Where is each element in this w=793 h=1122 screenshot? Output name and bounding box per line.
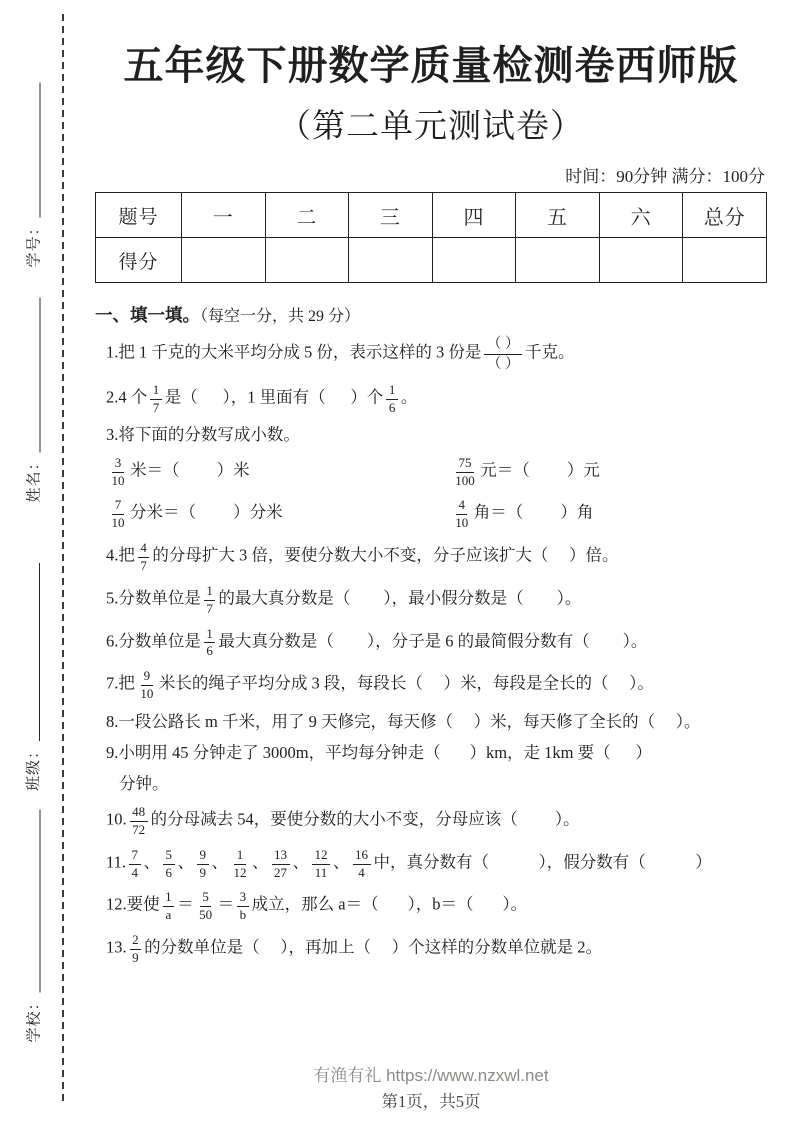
question-line: 4.把47的分母扩大 3 倍，要使分数大小不变，分子应该扩大（ ）倍。 (106, 539, 767, 575)
fraction-denominator: 100 (453, 473, 478, 490)
question-text: 米长的绳子平均分成 3 段，每段长（ ）米，每段是全长的（ ）。 (159, 674, 654, 693)
question-text: 8.一段公路长 m 千米，用了 9 天修完，每天修（ ）米，每天修了全长的（ ）… (106, 712, 700, 731)
fraction-numerator: 9 (141, 668, 153, 686)
sidebar-field-student-id: 学号： (21, 83, 43, 268)
question-grid-cell: 310米＝（ ）米 (106, 454, 450, 490)
question-grid: 310米＝（ ）米75100元＝（ ）元710分米＝（ ）分米410角＝（ ）角 (106, 454, 767, 532)
score-table-column: 五 (516, 193, 600, 238)
fraction-numerator: 75 (456, 455, 474, 473)
section-one-title: 一、填一填。 (95, 305, 200, 325)
fraction-denominator: 7 (204, 601, 216, 618)
question-line: 11.74、56、99、112、1327、1211、164中，真分数有（ ），假… (106, 846, 767, 882)
fraction-numerator: 48 (130, 804, 148, 822)
fraction-numerator: 5 (163, 847, 175, 865)
fraction-numerator: 1 (150, 382, 162, 400)
exam-content: 五年级下册数学质量检测卷西师版 （第二单元测试卷） 时间：90分钟 满分：100… (95, 30, 767, 974)
question-text: 中，真分数有（ ），假分数有（ ） (374, 852, 712, 871)
exam-info-time-score: 时间：90分钟 满分：100分 (95, 162, 767, 187)
score-table-column: 总分 (683, 193, 767, 238)
fraction: 910 (138, 668, 156, 703)
score-cell (182, 238, 266, 283)
question-text: 米＝（ ）米 (130, 461, 250, 480)
fraction: 1327 (272, 847, 290, 882)
fraction-numerator: 9 (197, 847, 209, 865)
question-grid-cell: 710分米＝（ ）分米 (106, 496, 450, 532)
score-table-column: 二 (265, 193, 349, 238)
question-line: 13.29的分数单位是（ ），再加上（ ）个这样的分数单位就是 2。 (106, 931, 767, 967)
question-text: 是（ ），1 里面有（ ）个 (165, 387, 384, 406)
fraction-denominator: a (163, 907, 174, 924)
question-text: ＝ (177, 895, 194, 914)
question-text: 12.要使 (106, 895, 160, 914)
fraction-numerator: 4 (456, 497, 468, 515)
question-text: 角＝（ ）角 (474, 503, 594, 522)
score-table-column: 一 (182, 193, 266, 238)
fraction-numerator: 16 (353, 847, 371, 865)
fraction: 112 (231, 847, 249, 882)
question-line: 10.4872的分母减去 54，要使分数的大小不变，分母应该（ ）。 (106, 803, 767, 839)
question-text: 的分数单位是（ ），再加上（ ）个这样的分数单位就是 2。 (144, 938, 602, 957)
fraction-numerator: 1 (204, 583, 216, 601)
exam-subtitle: （第二单元测试卷） (95, 100, 767, 147)
question-text: 最大真分数是（ ），分子是 6 的最简假分数有（ ）。 (218, 631, 647, 650)
fraction-denominator: 9 (197, 865, 209, 882)
questions-list: 1.把 1 千克的大米平均分成 5 份，表示这样的 3 份是（ ）（ ）千克。2… (95, 334, 767, 967)
question-text: 10. (106, 810, 127, 829)
fraction-numerator: （ ） (484, 335, 522, 355)
student-id-label: 学号： (22, 219, 43, 267)
fraction: 4872 (130, 804, 148, 839)
fraction: 75100 (453, 455, 478, 490)
fraction-numerator: 3 (112, 455, 124, 473)
fraction-denominator: b (237, 907, 249, 924)
section-one-heading: 一、填一填。（每空一分，共 29 分） (95, 302, 767, 327)
score-table-corner: 题号 (96, 193, 182, 238)
fraction-denominator: 27 (272, 865, 290, 882)
fraction-numerator: 13 (272, 847, 290, 865)
score-cell (516, 238, 600, 283)
question-text: 千克。 (525, 343, 575, 362)
fraction-numerator: 1 (234, 847, 246, 865)
fraction: 1a (163, 889, 175, 924)
page-footer: 有渔有礼 https://www.nzxwl.net 第1页，共5页 (95, 1061, 767, 1112)
fraction-numerator: 4 (138, 540, 150, 558)
fraction-denominator: 11 (312, 865, 330, 882)
question-line: 8.一段公路长 m 千米，用了 9 天修完，每天修（ ）米，每天修了全长的（ ）… (106, 710, 767, 734)
question-text: 2.4 个 (106, 387, 147, 406)
fraction: 17 (150, 382, 162, 417)
question-grid-cell: 410角＝（ ）角 (450, 496, 767, 532)
fraction: 710 (109, 497, 127, 532)
fraction-denominator: 10 (453, 515, 471, 532)
fraction-numerator: 7 (129, 847, 141, 865)
question-line: 3.将下面的分数写成小数。 (106, 423, 767, 447)
score-cell (683, 238, 767, 283)
fraction: 99 (197, 847, 209, 882)
fraction: 550 (197, 889, 215, 924)
score-cell (432, 238, 516, 283)
score-row-label: 得分 (96, 238, 182, 283)
question-text: 的分母扩大 3 倍，要使分数大小不变，分子应该扩大（ ）倍。 (152, 546, 618, 565)
score-table-column: 四 (432, 193, 516, 238)
question-text: 3.将下面的分数写成小数。 (106, 425, 300, 444)
fraction-denominator: 7 (138, 558, 150, 575)
fraction-numerator: 1 (163, 889, 175, 907)
fraction: 47 (138, 540, 150, 575)
question-text: 1.把 1 千克的大米平均分成 5 份，表示这样的 3 份是 (106, 343, 481, 362)
question-text: 分米＝（ ）分米 (130, 503, 283, 522)
fraction-denominator: 72 (130, 822, 148, 839)
question-line: 12.要使1a＝550＝3b成立，那么 a＝（ ），b＝（ ）。 (106, 888, 767, 924)
fraction-denominator: 12 (231, 865, 249, 882)
question-text: 成立，那么 a＝（ ），b＝（ ）。 (252, 895, 527, 914)
class-blank-line (39, 563, 40, 741)
school-label: 学校： (22, 994, 43, 1042)
section-one-note: （每空一分，共 29 分） (200, 308, 360, 325)
question-line: 9.小明用 45 分钟走了 3000m，平均每分钟走（ ）km，走 1km 要（… (106, 741, 767, 765)
score-cell (265, 238, 349, 283)
binding-dashed-line (62, 14, 64, 1106)
question-text: 、 (144, 852, 161, 871)
sidebar-field-school: 学校： (21, 810, 43, 1043)
fraction-numerator: 1 (386, 382, 398, 400)
question-text: 7.把 (106, 674, 135, 693)
fraction-denominator: 7 (150, 400, 162, 417)
score-table-column: 六 (599, 193, 683, 238)
fraction-numerator: 1 (204, 626, 216, 644)
fraction-numerator: 3 (237, 889, 249, 907)
fraction: 16 (204, 626, 216, 661)
fraction-numerator: 7 (112, 497, 124, 515)
class-label: 班级： (22, 743, 43, 791)
fraction: 17 (204, 583, 216, 618)
question-line: 1.把 1 千克的大米平均分成 5 份，表示这样的 3 份是（ ）（ ）千克。 (106, 334, 767, 374)
score-table: 题号 一二三四五六总分 得分 (95, 192, 767, 283)
sidebar-field-name: 姓名： (21, 298, 43, 503)
name-blank-line (39, 298, 40, 453)
footer-watermark: 有渔有礼 https://www.nzxwl.net (95, 1061, 767, 1086)
fraction-numerator: 5 (200, 889, 212, 907)
fraction-denominator: 50 (197, 907, 215, 924)
fraction: 164 (353, 847, 371, 882)
fraction: 1211 (312, 847, 330, 882)
score-cell (599, 238, 683, 283)
question-text: 元＝（ ）元 (480, 461, 600, 480)
fraction: 16 (386, 382, 398, 417)
question-text: 、 (178, 852, 195, 871)
school-blank-line (39, 810, 40, 993)
question-text: 5.分数单位是 (106, 588, 201, 607)
question-text: 6.分数单位是 (106, 631, 201, 650)
fraction: 74 (129, 847, 141, 882)
question-text: 的分母减去 54，要使分数的大小不变，分母应该（ ）。 (151, 810, 580, 829)
exam-title: 五年级下册数学质量检测卷西师版 (95, 43, 767, 89)
sidebar-field-class: 班级： (21, 563, 43, 791)
question-text: 分钟。 (119, 774, 169, 793)
question-text: 9.小明用 45 分钟走了 3000m，平均每分钟走（ ）km，走 1km 要（… (106, 743, 652, 762)
fraction: 310 (109, 455, 127, 490)
fraction-denominator: 9 (130, 950, 142, 967)
fraction-denominator: （ ） (484, 355, 522, 374)
fraction-denominator: 10 (109, 515, 127, 532)
question-text: 11. (106, 852, 126, 871)
question-grid-cell: 75100元＝（ ）元 (450, 454, 767, 490)
score-cell (349, 238, 433, 283)
fraction-denominator: 4 (129, 865, 141, 882)
student-id-blank-line (39, 83, 40, 218)
question-line: 7.把910米长的绳子平均分成 3 段，每段长（ ）米，每段是全长的（ ）。 (106, 667, 767, 703)
question-text: 。 (401, 387, 418, 406)
fraction-numerator: 12 (312, 847, 330, 865)
question-text: 的最大真分数是（ ），最小假分数是（ ）。 (218, 588, 581, 607)
exam-paper-page: { "header": { "title": "五年级下册数学质量检测卷西师版"… (0, 0, 793, 1122)
question-text: 、 (252, 852, 269, 871)
fraction-denominator: 6 (163, 865, 175, 882)
question-line: 6.分数单位是16最大真分数是（ ），分子是 6 的最简假分数有（ ）。 (106, 625, 767, 661)
fraction: 3b (237, 889, 249, 924)
fraction-denominator: 4 (356, 865, 368, 882)
fraction-denominator: 6 (386, 400, 398, 417)
footer-page-number: 第1页，共5页 (95, 1088, 767, 1112)
fraction-denominator: 10 (109, 473, 127, 490)
question-line: 5.分数单位是17的最大真分数是（ ），最小假分数是（ ）。 (106, 582, 767, 618)
question-text: 13. (106, 938, 127, 957)
question-line: 2.4 个17是（ ），1 里面有（ ）个16。 (106, 381, 767, 417)
fraction-numerator: 2 (130, 932, 142, 950)
fraction: （ ）（ ） (484, 335, 522, 374)
score-table-score-row: 得分 (96, 238, 767, 283)
question-text: 、 (293, 852, 310, 871)
fraction-denominator: 6 (204, 643, 216, 660)
fraction-denominator: 10 (138, 686, 156, 703)
question-line: 分钟。 (106, 772, 767, 796)
fraction: 56 (163, 847, 175, 882)
question-text: 4.把 (106, 546, 135, 565)
score-table-header-row: 题号 一二三四五六总分 (96, 193, 767, 238)
score-table-column: 三 (349, 193, 433, 238)
fraction: 410 (453, 497, 471, 532)
question-text: 、 (212, 852, 229, 871)
question-text: ＝ (218, 895, 235, 914)
fraction: 29 (130, 932, 142, 967)
name-label: 姓名： (22, 454, 43, 502)
question-text: 、 (333, 852, 350, 871)
